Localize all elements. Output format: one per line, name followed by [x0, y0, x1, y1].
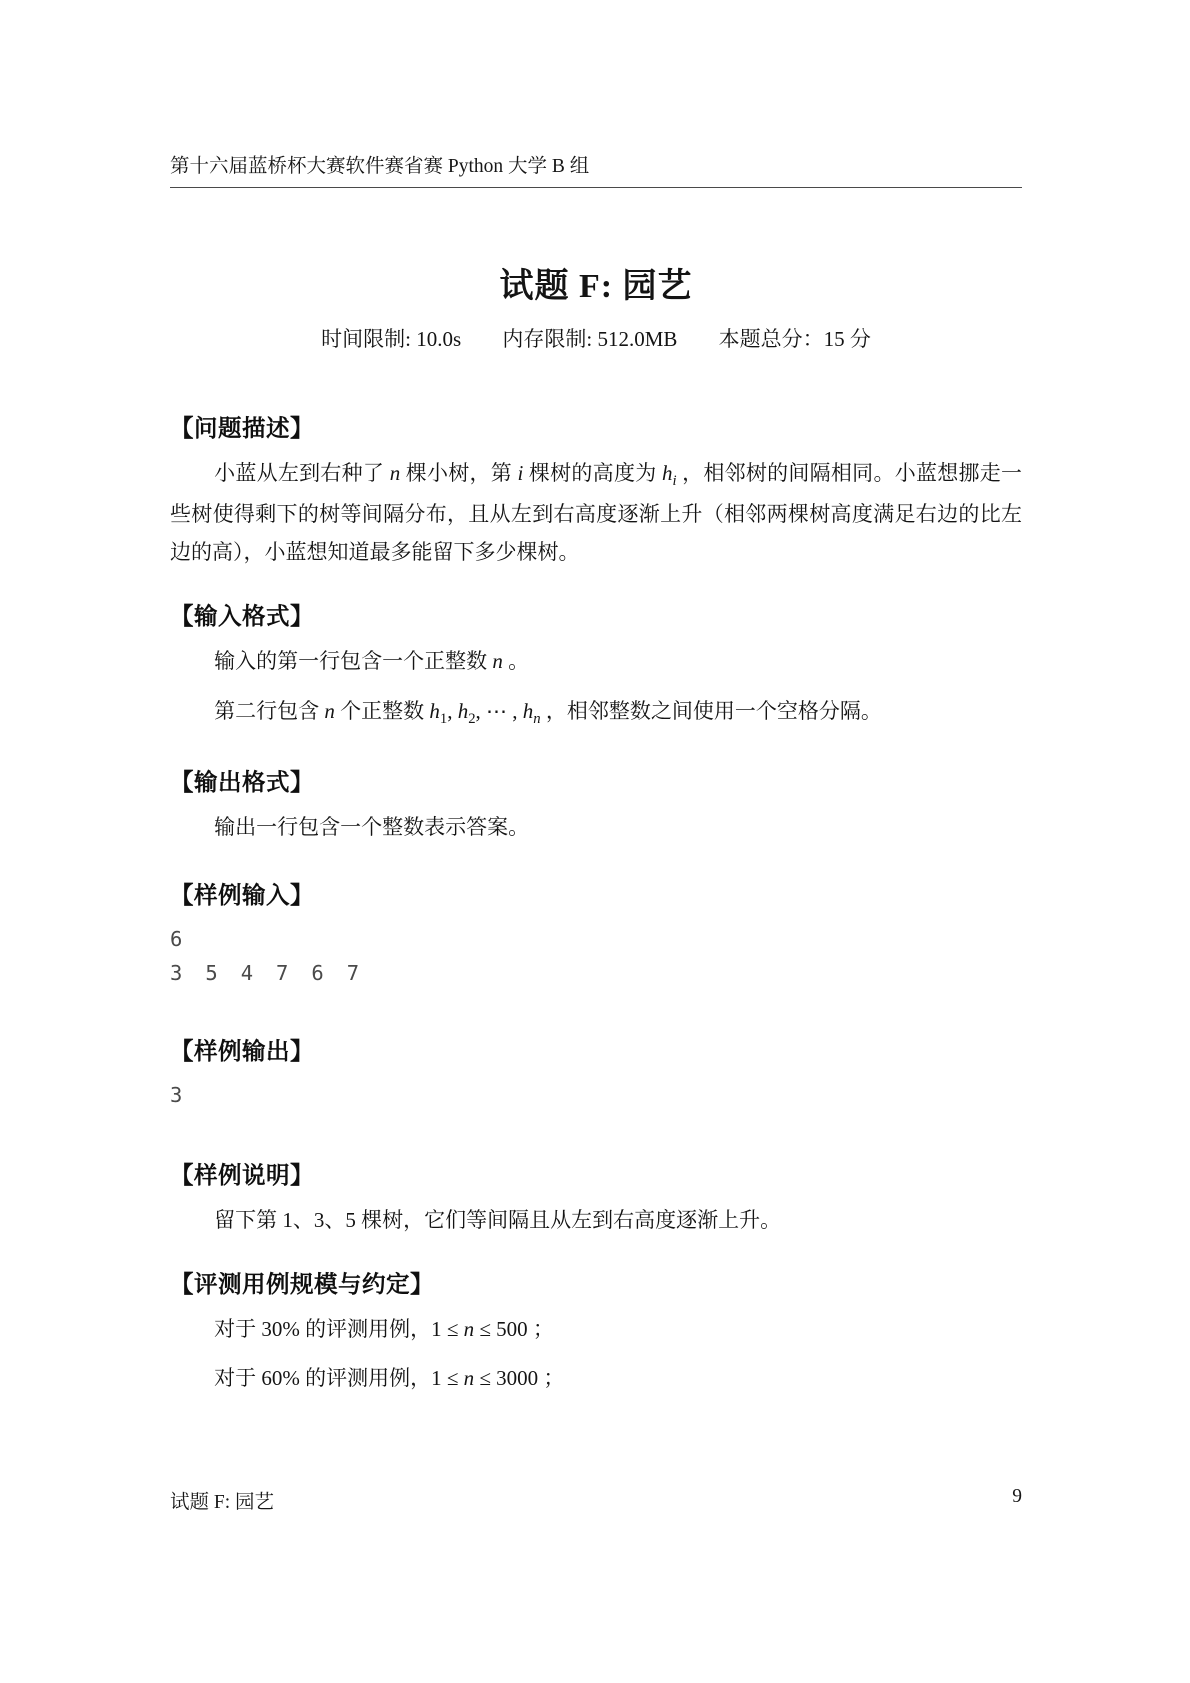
page-content: 第十六届蓝桥杯大赛软件赛省赛 Python 大学 B 组 试题 F: 园艺 时间… — [170, 0, 1022, 1397]
sample-output-line: 3 — [170, 1078, 1022, 1112]
section-constraints: 【评测用例规模与约定】 对于 30% 的评测用例，1 ≤ n ≤ 500 ； 对… — [170, 1265, 1022, 1397]
heading-problem-description: 【问题描述】 — [170, 409, 1022, 443]
header-text: 第十六届蓝桥杯大赛软件赛省赛 Python 大学 B 组 — [170, 156, 589, 177]
section-problem-description: 【问题描述】 小蓝从左到右种了 n 棵小树，第 i 棵树的高度为 hi ，相邻树… — [170, 409, 1022, 571]
limits-line: 时间限制: 10.0s 内存限制: 512.0MB 本题总分：15 分 — [170, 323, 1022, 353]
total-score: 本题总分：15 分 — [719, 327, 871, 351]
paragraph-input-line2: 第二行包含 n 个正整数 h1, h2, ⋯ , hn ，相邻整数之间使用一个空… — [170, 692, 1022, 733]
document-header: 第十六届蓝桥杯大赛软件赛省赛 Python 大学 B 组 — [170, 150, 1022, 188]
time-limit: 时间限制: 10.0s — [321, 327, 461, 351]
heading-output-format: 【输出格式】 — [170, 763, 1022, 797]
section-input-format: 【输入格式】 输入的第一行包含一个正整数 n 。 第二行包含 n 个正整数 h1… — [170, 597, 1022, 732]
paragraph-constraints-60: 对于 60% 的评测用例，1 ≤ n ≤ 3000 ； — [170, 1359, 1022, 1397]
paragraph-output: 输出一行包含一个整数表示答案。 — [170, 808, 1022, 846]
section-sample-input: 【样例输入】 6 3 5 4 7 6 7 — [170, 876, 1022, 990]
page-title: 试题 F: 园艺 — [170, 258, 1022, 307]
paragraph-constraints-30: 对于 30% 的评测用例，1 ≤ n ≤ 500 ； — [170, 1310, 1022, 1348]
heading-constraints: 【评测用例规模与约定】 — [170, 1265, 1022, 1299]
page-footer: 试题 F: 园艺 9 — [170, 1486, 1022, 1514]
sample-input-line: 3 5 4 7 6 7 — [170, 956, 1022, 990]
sample-input-block: 6 3 5 4 7 6 7 — [170, 922, 1022, 990]
paragraph-sample-explanation: 留下第 1、3、5 棵树，它们等间隔且从左到右高度逐渐上升。 — [170, 1201, 1022, 1239]
paragraph-problem-description: 小蓝从左到右种了 n 棵小树，第 i 棵树的高度为 hi ，相邻树的间隔相同。小… — [170, 454, 1022, 571]
section-output-format: 【输出格式】 输出一行包含一个整数表示答案。 — [170, 763, 1022, 846]
heading-sample-output: 【样例输出】 — [170, 1032, 1022, 1066]
document-page: 第十六届蓝桥杯大赛软件赛省赛 Python 大学 B 组 试题 F: 园艺 时间… — [0, 0, 1190, 1683]
heading-sample-input: 【样例输入】 — [170, 876, 1022, 910]
memory-limit: 内存限制: 512.0MB — [502, 327, 677, 351]
section-sample-output: 【样例输出】 3 — [170, 1032, 1022, 1112]
footer-page-number: 9 — [1012, 1486, 1022, 1514]
heading-sample-explanation: 【样例说明】 — [170, 1156, 1022, 1190]
sample-input-line: 6 — [170, 922, 1022, 956]
section-sample-explanation: 【样例说明】 留下第 1、3、5 棵树，它们等间隔且从左到右高度逐渐上升。 — [170, 1156, 1022, 1239]
footer-problem-label: 试题 F: 园艺 — [170, 1486, 274, 1514]
sample-output-block: 3 — [170, 1078, 1022, 1112]
paragraph-input-line1: 输入的第一行包含一个正整数 n 。 — [170, 642, 1022, 680]
heading-input-format: 【输入格式】 — [170, 597, 1022, 631]
